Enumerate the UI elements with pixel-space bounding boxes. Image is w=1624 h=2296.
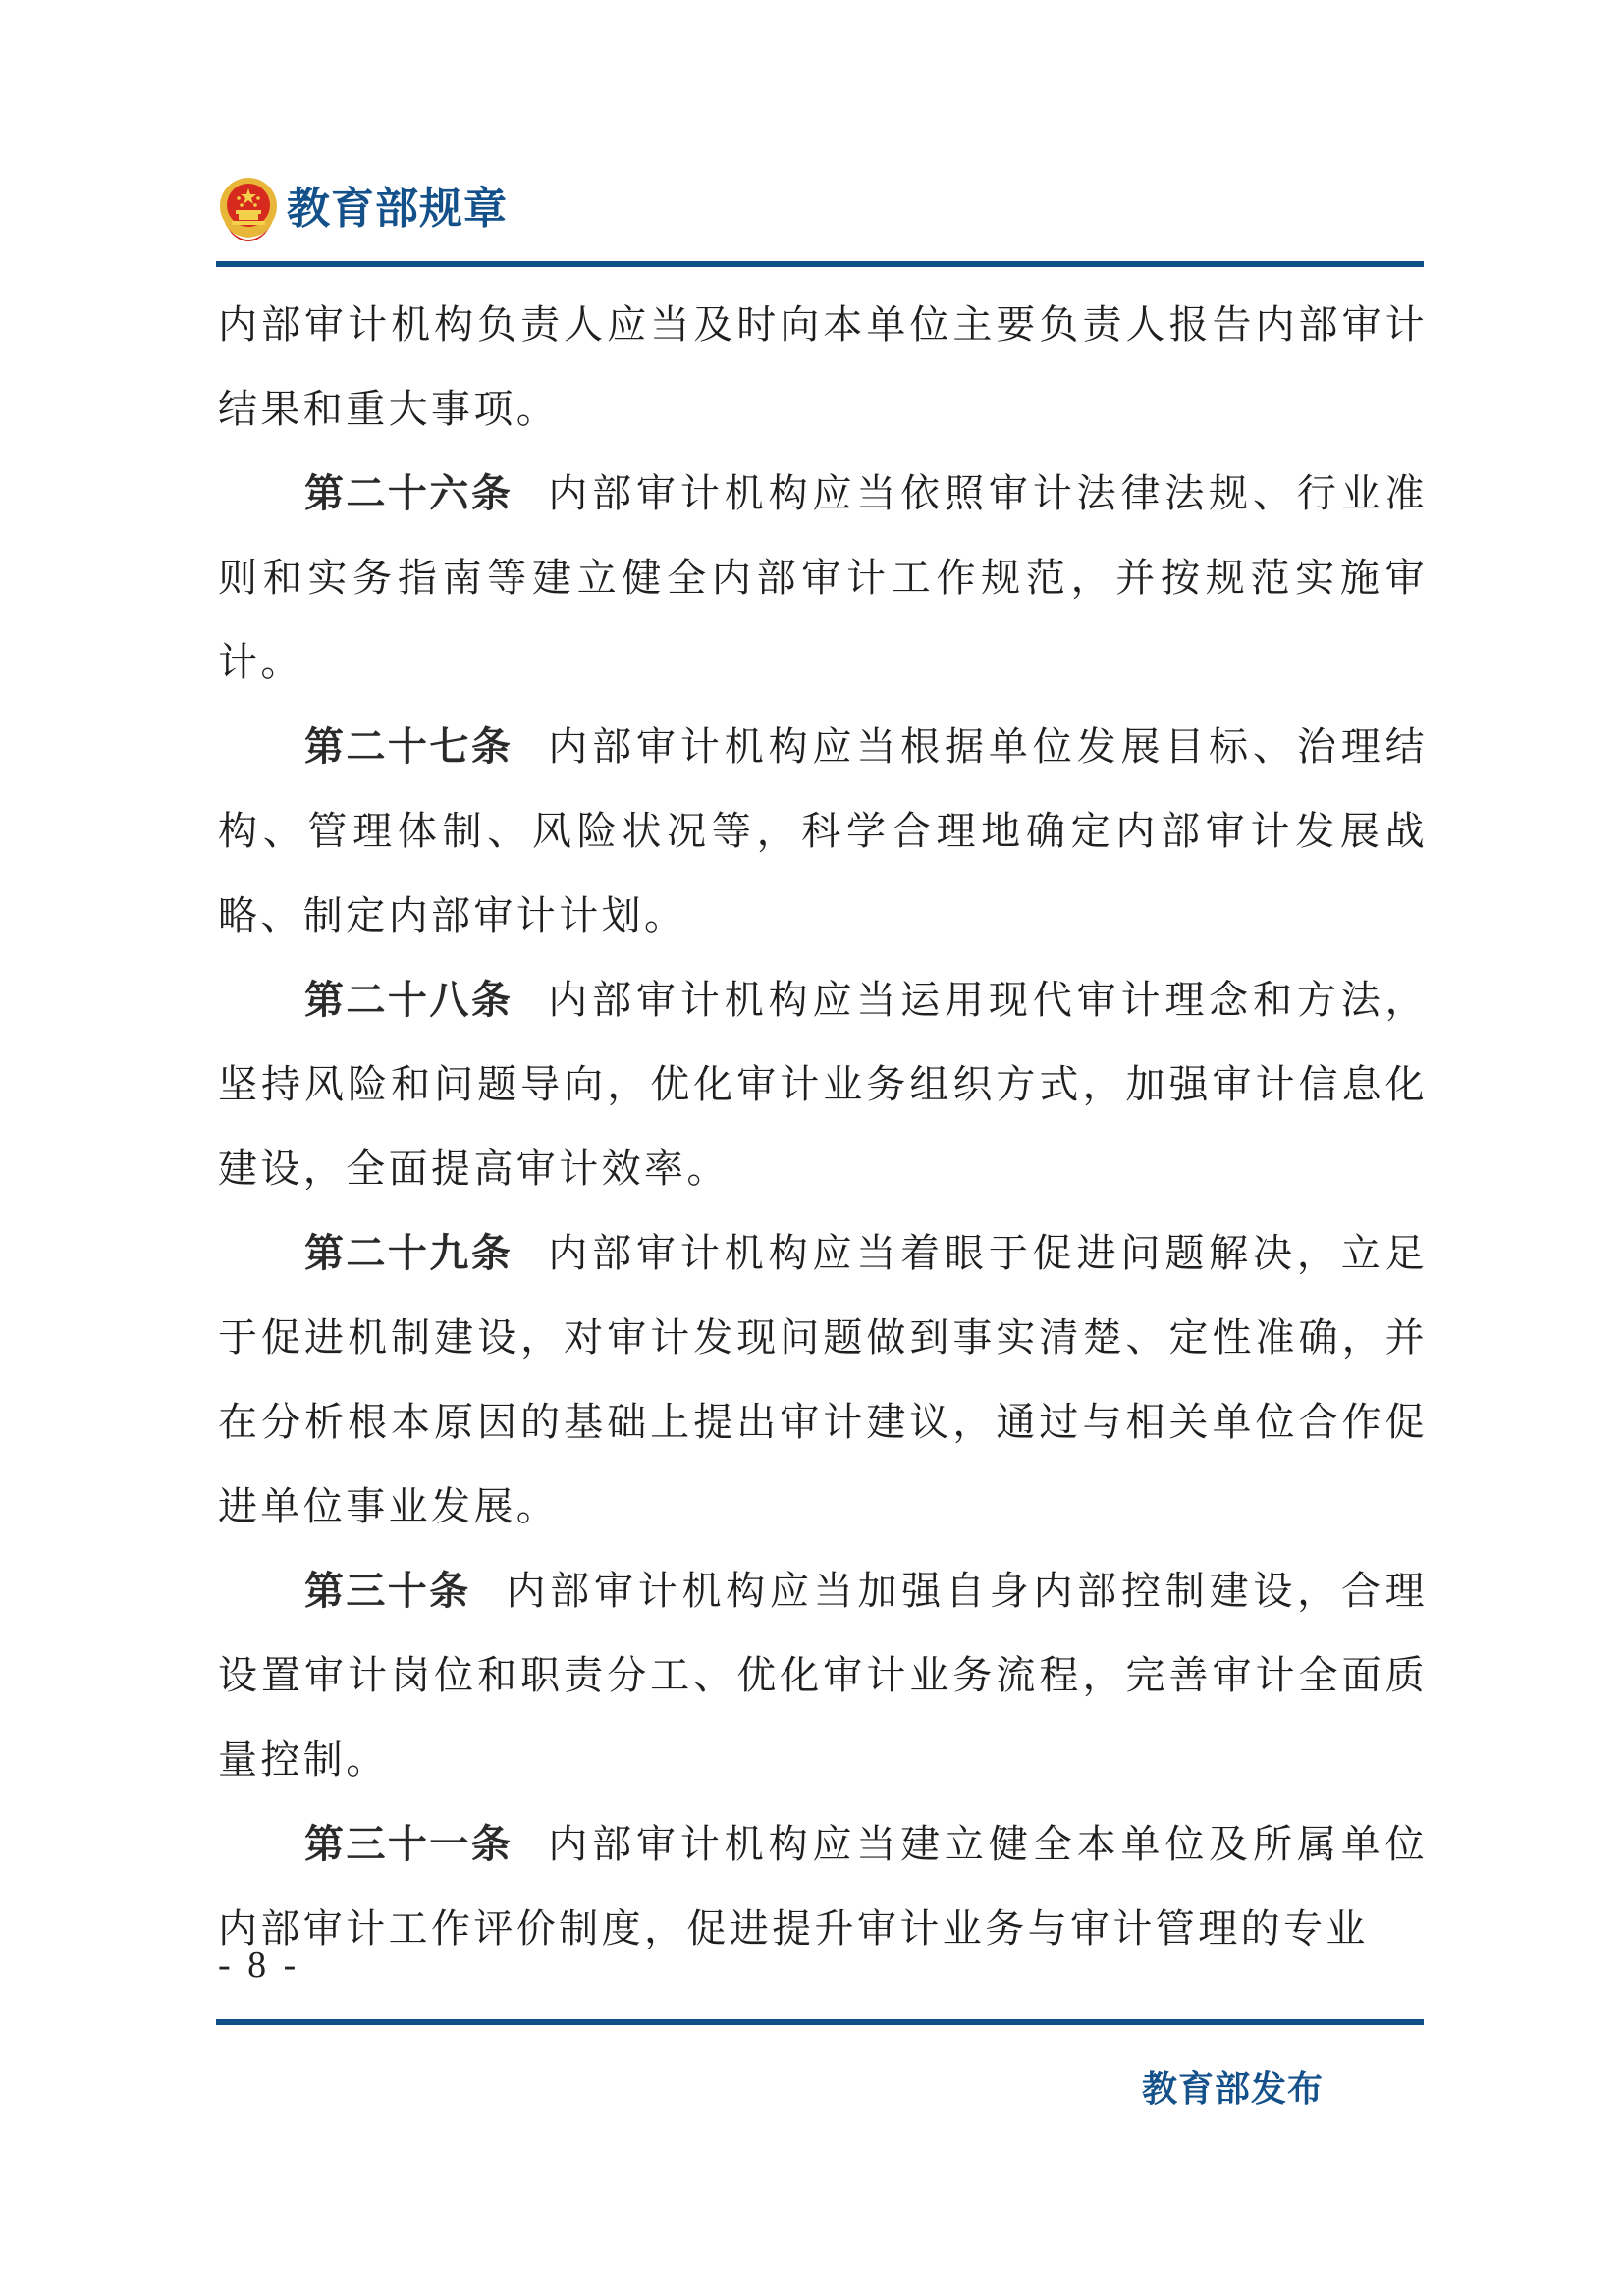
article-29: 第二十九条内部审计机构应当着眼于促进问题解决，立足于促进机制建设，对审计发现问题… xyxy=(218,1211,1428,1549)
article-27: 第二十七条内部审计机构应当根据单位发展目标、治理结构、管理体制、风险状况等，科学… xyxy=(218,705,1428,958)
article-26: 第二十六条内部审计机构应当依照审计法律法规、行业准则和实务指南等建立健全内部审计… xyxy=(218,452,1428,705)
article-label: 第三十一条 xyxy=(304,1822,513,1867)
article-label: 第二十七条 xyxy=(304,724,513,770)
article-label: 第二十九条 xyxy=(304,1231,513,1276)
header-divider xyxy=(216,261,1424,267)
footer-divider xyxy=(216,2019,1424,2025)
national-emblem-icon xyxy=(218,177,279,241)
page-header: 教育部规章 xyxy=(218,175,508,243)
article-label: 第二十六条 xyxy=(304,471,513,516)
article-28: 第二十八条内部审计机构应当运用现代审计理念和方法，坚持风险和问题导向，优化审计业… xyxy=(218,958,1428,1211)
page-number: - 8 - xyxy=(218,1944,299,1987)
continuation-paragraph: 内部审计机构负责人应当及时向本单位主要负责人报告内部审计结果和重大事项。 xyxy=(218,283,1428,452)
header-title: 教育部规章 xyxy=(287,187,508,231)
article-30: 第三十条内部审计机构应当加强自身内部控制建设，合理设置审计岗位和职责分工、优化审… xyxy=(218,1549,1428,1802)
publisher-label: 教育部发布 xyxy=(1142,2061,1324,2111)
document-body: 内部审计机构负责人应当及时向本单位主要负责人报告内部审计结果和重大事项。 第二十… xyxy=(218,283,1428,1971)
article-label: 第三十条 xyxy=(304,1569,470,1614)
article-31: 第三十一条内部审计机构应当建立健全本单位及所属单位内部审计工作评价制度，促进提升… xyxy=(218,1802,1428,1971)
article-label: 第二十八条 xyxy=(304,978,513,1023)
